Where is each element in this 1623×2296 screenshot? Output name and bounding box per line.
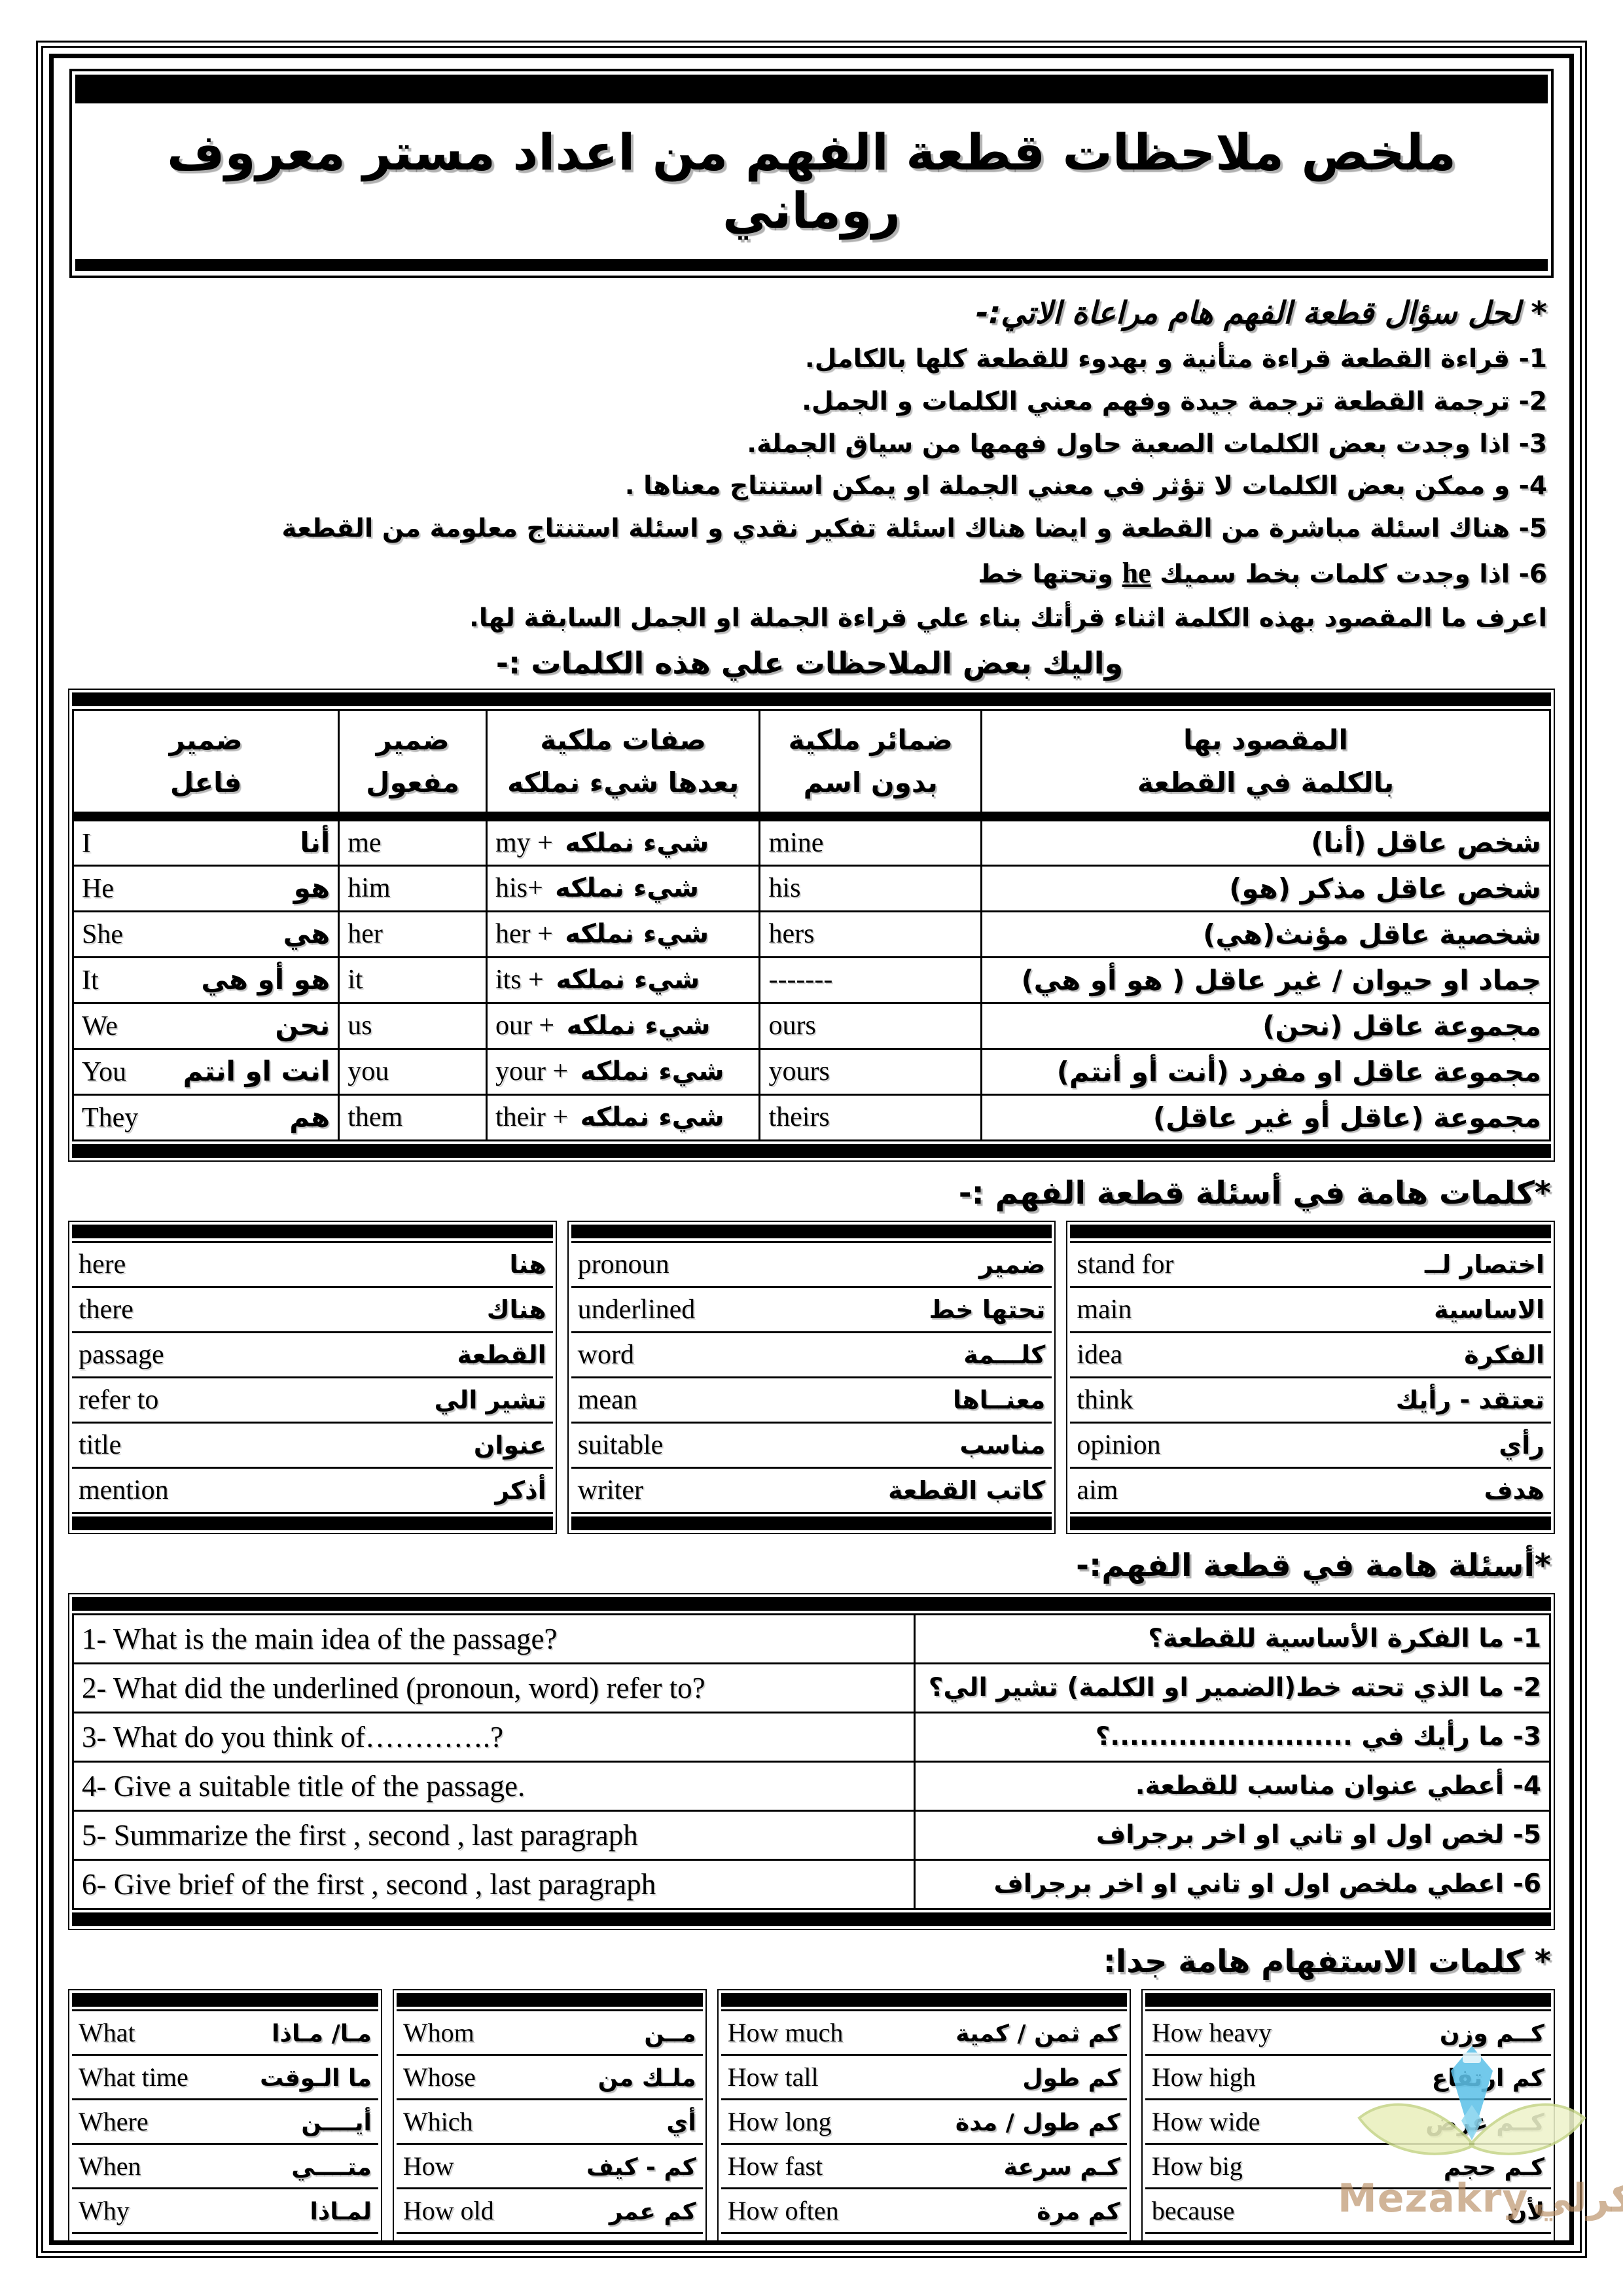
intro-item-6-post: وتحتها خط (978, 560, 1122, 589)
document-title: ملخص ملاحظات قطعة الفهم من اعداد مستر مع… (80, 123, 1543, 240)
pronoun-row-you: Youانت او انتم you your + شيء نملكه your… (73, 1049, 1550, 1094)
vocab-heading: *كلمات هامة في أسئلة قطعة الفهم :- (72, 1175, 1551, 1211)
intro-item-6: 6- اذا وجدت كلمات بخط سميك he وتحتها خط (72, 554, 1547, 594)
table-bottom-bar (72, 1912, 1551, 1926)
questions-table-band: 1- What is the main idea of the passage?… (68, 1593, 1555, 1930)
intro-item-5: 5- هناك اسئلة مباشرة من القطعة و ايضا هن… (72, 511, 1547, 547)
qword-entry: toلكي - لــ (1145, 2234, 1551, 2245)
question-en: 4- Give a suitable title of the passage. (73, 1761, 915, 1810)
possessive-pronoun: ------- (760, 957, 982, 1003)
question-row: 5- Summarize the first , second , last p… (73, 1810, 1550, 1859)
qword-entry: How deepكـم عمق (721, 2234, 1127, 2245)
question-ar: 2- ما الذي تحته خط(الضمير او الكلمة) تشي… (915, 1663, 1550, 1712)
vocab-entry: thereهناك (72, 1288, 553, 1333)
subject-en: They (82, 1102, 138, 1134)
qword-entry: How wideكــم عرض (1145, 2100, 1551, 2145)
qword-entry: How oftenكم مرة (721, 2189, 1127, 2234)
possessive-adjective: its + شيء نملكه (486, 957, 760, 1003)
question-row: 2- What did the underlined (pronoun, wor… (73, 1663, 1550, 1712)
page-frame-middle: ملخص ملاحظات قطعة الفهم من اعداد مستر مع… (41, 46, 1582, 2253)
vocab-column-right: stand forاختصار لــ mainالاساسية ideaالف… (1066, 1221, 1555, 1534)
subject-ar: هو (294, 872, 330, 904)
intro-item-4: 4- و ممكن بعض الكلمات لا تؤثر في معني ال… (72, 469, 1547, 504)
col-header-subject-pronoun: ضميرفاعل (73, 709, 339, 816)
vocab-entry: ideaالفكرة (1070, 1333, 1551, 1378)
qword-entry: How manyكم عدد (397, 2234, 703, 2245)
col-header-possessive-pronoun: ضمائر ملكيةبدون اسم (760, 709, 982, 816)
question-en: 3- What do you think of………….? (73, 1712, 915, 1761)
title-top-bar (75, 75, 1548, 103)
vocab-entry: stand forاختصار لــ (1070, 1243, 1551, 1288)
object-pronoun: us (339, 1003, 487, 1049)
page-frame-outer: ملخص ملاحظات قطعة الفهم من اعداد مستر مع… (36, 41, 1587, 2258)
table-top-bar (72, 1993, 378, 2007)
qword-entry: How oldكم عمر (397, 2189, 703, 2234)
possessive-pronoun: mine (760, 816, 982, 865)
col-header-possessive-adjective: صفات ملكيةبعدها شيء نملكه (486, 709, 760, 816)
table-top-bar (397, 1993, 703, 2007)
vocab-entry: hereهنا (72, 1243, 553, 1288)
intro-section: * لحل سؤال قطعة الفهم هام مراعاة الاتي:-… (67, 287, 1556, 681)
vocab-entry: titleعنوان (72, 1424, 553, 1469)
qword-entry: Whoseملـك من (397, 2056, 703, 2100)
subject-ar: هم (289, 1101, 330, 1133)
table-top-bar (1070, 1225, 1551, 1238)
pronoun-table-band: ضميرفاعل ضميرمفعول صفات ملكيةبعدها شيء ن… (68, 689, 1555, 1162)
question-ar: 3- ما رأيك في .........................؟ (915, 1712, 1550, 1761)
intro-item-3: 3- اذا وجدت بعض الكلمات الصعبة حاول فهمه… (72, 427, 1547, 462)
intro-closing: واليك بعض الملاحظات علي هذه الكلمات :- (72, 645, 1547, 681)
qword-entry: Howكم - كيف (397, 2145, 703, 2189)
possessive-pronoun: hers (760, 911, 982, 957)
subject-en: You (82, 1056, 126, 1088)
subject-ar: نحن (275, 1009, 330, 1041)
table-top-bar (721, 1993, 1127, 2007)
vocab-column-middle: pronounضمير underlinedتحتها خط wordكلـــ… (567, 1221, 1056, 1534)
vocab-entry: meanمعنــاها (571, 1378, 1052, 1424)
subject-ar: هو أو هي (201, 963, 330, 996)
question-en: 2- What did the underlined (pronoun, wor… (73, 1663, 915, 1712)
qword-entry: Whenمتــــي (72, 2145, 378, 2189)
possessive-pronoun: his (760, 865, 982, 911)
question-ar: 6- اعطي ملخص اول او تاني او اخر برجراف (915, 1859, 1550, 1909)
table-bottom-bar (571, 1516, 1052, 1530)
table-bottom-bar (72, 1144, 1551, 1158)
question-row: 6- Give brief of the first , second , la… (73, 1859, 1550, 1909)
title-bottom-bar (75, 259, 1548, 271)
table-top-bar (571, 1225, 1052, 1238)
qword-entry: How tallكم طول (721, 2056, 1127, 2100)
subject-en: We (82, 1011, 118, 1042)
pronoun-row-they: Theyهم them their + شيء نملكه theirs مجم… (73, 1094, 1550, 1140)
possessive-adjective: my + شيء نملكه (486, 816, 760, 865)
subject-ar: أنا (300, 827, 330, 859)
question-words-table: Whatمـا/ مـاذا What timeما الـوقت Whereأ… (68, 1989, 1555, 2245)
possessive-pronoun: yours (760, 1049, 982, 1094)
subject-en: He (82, 873, 114, 905)
intro-item-2: 2- ترجمة القطعة ترجمة جيدة وفهم معني الك… (72, 384, 1547, 420)
vocab-entry: mentionأذكر (72, 1469, 553, 1512)
intro-item-1: 1- قراءة القطعة قراءة متأنية و بهدوء للق… (72, 342, 1547, 377)
possessive-adjective: your + شيء نملكه (486, 1049, 760, 1094)
qwords-column-4: How heavyكــم وزن How highكم ارتفاع How … (1141, 1989, 1555, 2245)
table-top-bar (72, 692, 1551, 706)
col-header-meaning: المقصود بهابالكلمة في القطعة (982, 709, 1550, 816)
bold-underlined-he: he (1122, 557, 1151, 589)
possessive-adjective: their + شيء نملكه (486, 1094, 760, 1140)
document-page: ملخص ملاحظات قطعة الفهم من اعداد مستر مع… (0, 0, 1623, 2296)
vocab-entry: passageالقطعة (72, 1333, 553, 1378)
vocab-entry: opinionرأي (1070, 1424, 1551, 1469)
qword-entry: Whomمــن (397, 2011, 703, 2056)
qword-entry: How longكم طول / مدة (721, 2100, 1127, 2145)
table-top-bar (72, 1597, 1551, 1611)
vocab-entry: writerكاتب القطعة (571, 1469, 1052, 1512)
subject-en: I (82, 828, 91, 859)
vocab-entry: thinkتعتقد - رأيك (1070, 1378, 1551, 1424)
object-pronoun: them (339, 1094, 487, 1140)
possessive-adjective: her + شيء نملكه (486, 911, 760, 957)
qword-entry: How muchكم ثمن / كمية (721, 2011, 1127, 2056)
qword-entry: How heavyكــم وزن (1145, 2011, 1551, 2056)
qword-entry: How bigكـم حجم (1145, 2145, 1551, 2189)
intro-item-6-pre: 6- اذا وجدت كلمات بخط سميك (1151, 560, 1547, 589)
object-pronoun: it (339, 957, 487, 1003)
qword-entry: Whichأي (397, 2100, 703, 2145)
pronoun-row-he: Heهو him his+ شيء نملكه his شخص عاقل مذك… (73, 865, 1550, 911)
subject-ar: هي (283, 918, 330, 950)
meaning: مجموعة (عاقل أو غير عاقل) (982, 1094, 1550, 1140)
pronoun-table: ضميرفاعل ضميرمفعول صفات ملكيةبعدها شيء ن… (72, 709, 1551, 1141)
qwords-heading: * كلمات الاستفهام هامة جدا: (72, 1943, 1551, 1980)
vocab-entry: wordكلـــمة (571, 1333, 1052, 1378)
qwords-column-1: Whatمـا/ مـاذا What timeما الـوقت Whereأ… (68, 1989, 382, 2245)
question-ar: 4- أعطي عنوان مناسب للقطعة. (915, 1761, 1550, 1810)
possessive-pronoun: theirs (760, 1094, 982, 1140)
page-frame-inner: ملخص ملاحظات قطعة الفهم من اعداد مستر مع… (49, 54, 1574, 2245)
possessive-adjective: his+ شيء نملكه (486, 865, 760, 911)
possessive-pronoun: ours (760, 1003, 982, 1049)
meaning: جماد او حيوان / غير عاقل ( هو أو هي) (982, 957, 1550, 1003)
qwords-column-3: How muchكم ثمن / كمية How tallكم طول How… (717, 1989, 1131, 2245)
question-ar: 5- لخص اول او تاني او اخر برجراف (915, 1810, 1550, 1859)
question-row: 3- What do you think of………….? 3- ما رأيك… (73, 1712, 1550, 1761)
vocab-table: hereهنا thereهناك passageالقطعة refer to… (68, 1221, 1555, 1534)
table-bottom-bar (72, 1516, 553, 1530)
qword-entry: Whereأيــــن (72, 2100, 378, 2145)
question-row: 1- What is the main idea of the passage?… (73, 1614, 1550, 1663)
question-en: 6- Give brief of the first , second , la… (73, 1859, 915, 1909)
questions-table: 1- What is the main idea of the passage?… (72, 1613, 1551, 1910)
questions-heading: *أسئلة هامة في قطعة الفهم:- (72, 1547, 1551, 1584)
qword-entry: How fastكـم سرعة (721, 2145, 1127, 2189)
subject-ar: انت او انتم (183, 1055, 330, 1087)
question-ar: 1- ما الفكرة الأساسية للقطعة؟ (915, 1614, 1550, 1663)
qword-entry: Whoمـن (72, 2234, 378, 2245)
vocab-entry: mainالاساسية (1070, 1288, 1551, 1333)
object-pronoun: him (339, 865, 487, 911)
qword-entry: Whatمـا/ مـاذا (72, 2011, 378, 2056)
meaning: مجموعة عاقل او مفرد (أنت أو أنتم) (982, 1049, 1550, 1094)
col-header-object-pronoun: ضميرمفعول (339, 709, 487, 816)
pronoun-row-we: Weنحن us our + شيء نملكه ours مجموعة عاق… (73, 1003, 1550, 1049)
subject-en: She (82, 919, 123, 950)
object-pronoun: me (339, 816, 487, 865)
possessive-adjective: our + شيء نملكه (486, 1003, 760, 1049)
question-row: 4- Give a suitable title of the passage.… (73, 1761, 1550, 1810)
vocab-entry: aimهدف (1070, 1469, 1551, 1512)
vocab-entry: refer toتشير الي (72, 1378, 553, 1424)
question-en: 5- Summarize the first , second , last p… (73, 1810, 915, 1859)
vocab-entry: pronounضمير (571, 1243, 1052, 1288)
pronoun-row-she: Sheهي her her + شيء نملكه hers شخصية عاق… (73, 911, 1550, 957)
table-top-bar (1145, 1993, 1551, 2007)
qword-entry: becauseلأن (1145, 2189, 1551, 2234)
table-top-bar (72, 1225, 553, 1238)
qword-entry: Whyلمـاذا (72, 2189, 378, 2234)
table-bottom-bar (1070, 1516, 1551, 1530)
vocab-entry: underlinedتحتها خط (571, 1288, 1052, 1333)
object-pronoun: her (339, 911, 487, 957)
pronoun-row-it: Itهو أو هي it its + شيء نملكه ------- جم… (73, 957, 1550, 1003)
title-box: ملخص ملاحظات قطعة الفهم من اعداد مستر مع… (69, 69, 1554, 278)
qwords-column-2: Whomمــن Whoseملـك من Whichأي Howكم - كي… (393, 1989, 707, 2245)
intro-item-7: اعرف ما المقصود بهذه الكلمة اثناء قرأتك … (72, 601, 1547, 636)
qword-entry: What timeما الـوقت (72, 2056, 378, 2100)
intro-heading: * لحل سؤال قطعة الفهم هام مراعاة الاتي:- (72, 295, 1547, 331)
pronoun-table-header-row: ضميرفاعل ضميرمفعول صفات ملكيةبعدها شيء ن… (73, 709, 1550, 816)
subject-en: It (82, 965, 99, 996)
vocab-entry: suitableمناسب (571, 1424, 1052, 1469)
question-en: 1- What is the main idea of the passage? (73, 1614, 915, 1663)
pronoun-row-i: Iأنا me my + شيء نملكه mine شخص عاقل (أن… (73, 816, 1550, 865)
qword-entry: How highكم ارتفاع (1145, 2056, 1551, 2100)
object-pronoun: you (339, 1049, 487, 1094)
meaning: شخص عاقل مذكر (هو) (982, 865, 1550, 911)
meaning: مجموعة عاقل (نحن) (982, 1003, 1550, 1049)
vocab-column-left: hereهنا thereهناك passageالقطعة refer to… (68, 1221, 557, 1534)
meaning: شخص عاقل (أنا) (982, 816, 1550, 865)
meaning: شخصية عاقل مؤنث(هي) (982, 911, 1550, 957)
